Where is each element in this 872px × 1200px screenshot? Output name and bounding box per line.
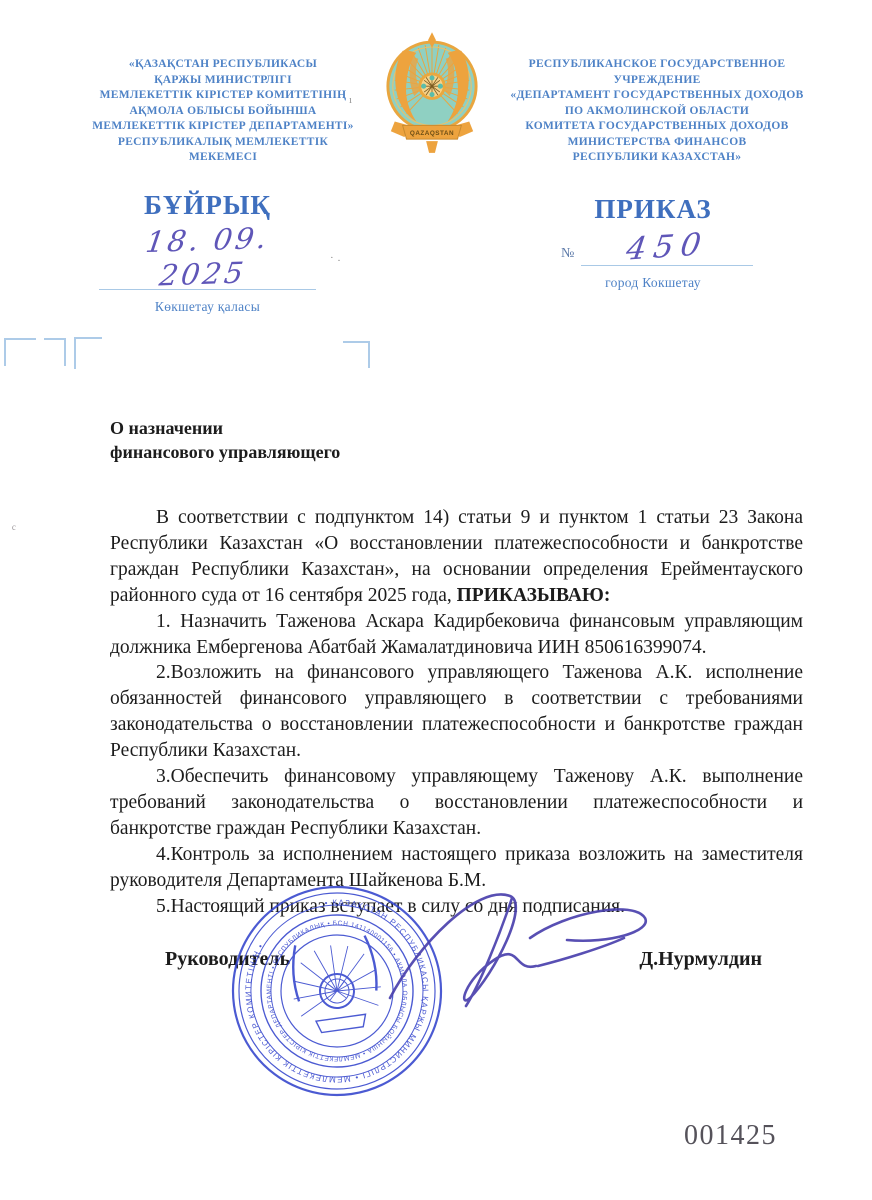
handwritten-number: 450 [624,226,710,268]
order-title-kz: БҰЙРЫҚ [95,190,320,221]
scan-speck: ·. [330,252,344,264]
serial-number: 001425 [684,1120,777,1152]
date-line: 18. 09. 2025 [99,221,316,290]
subject-line-1: О назначении [110,417,340,441]
scanned-order-document: «ҚАЗАҚСТАН РЕСПУБЛИКАСЫ ҚАРЖЫ МИНИСТРЛІГ… [0,0,872,1200]
kazakhstan-emblem-icon: QAZAQSTAN [383,30,481,162]
crop-mark-1 [4,338,36,366]
org-name-kazakh: «ҚАЗАҚСТАН РЕСПУБЛИКАСЫ ҚАРЖЫ МИНИСТРЛІГ… [64,57,382,166]
order-block-russian: ПРИКАЗ № 450 город Кокшетау [553,194,753,291]
subject-line-2: финансового управляющего [110,441,340,465]
scan-speck: ᶜ [12,522,16,539]
crop-mark-4 [343,341,370,368]
org-name-russian: РЕСПУБЛИКАНСКОЕ ГОСУДАРСТВЕННОЕ УЧРЕЖДЕН… [490,57,824,166]
crop-mark-3 [74,337,102,369]
city-kz: Көкшетау қаласы [95,299,320,315]
order-title-ru: ПРИКАЗ [553,194,753,225]
number-line: 450 [581,229,753,266]
city-ru: город Кокшетау [553,275,753,291]
order-block-kazakh: БҰЙРЫҚ 18. 09. 2025 Көкшетау қаласы [95,190,320,315]
handwritten-signature [362,876,662,1016]
document-body: В соответствии с подпунктом 14) статьи 9… [110,505,803,920]
number-sign: № [561,246,574,262]
order-item-1: 1. Назначить Таженова Аскара Кадирбекови… [110,609,803,661]
document-subject: О назначении финансового управляющего [110,417,340,464]
intro-paragraph: В соответствии с подпунктом 14) статьи 9… [110,505,803,609]
order-number-row: № 450 [553,229,753,266]
handwritten-date: 18. 09. 2025 [96,219,319,263]
intro-bold: ПРИКАЗЫВАЮ: [457,585,611,606]
order-item-3: 3.Обеспечить финансовому управляющему Та… [110,764,803,842]
scan-speck: ı [349,94,352,106]
emblem-banner-text: QAZAQSTAN [410,130,454,137]
crop-mark-2 [44,338,66,366]
order-item-2: 2.Возложить на финансового управляющего … [110,660,803,764]
